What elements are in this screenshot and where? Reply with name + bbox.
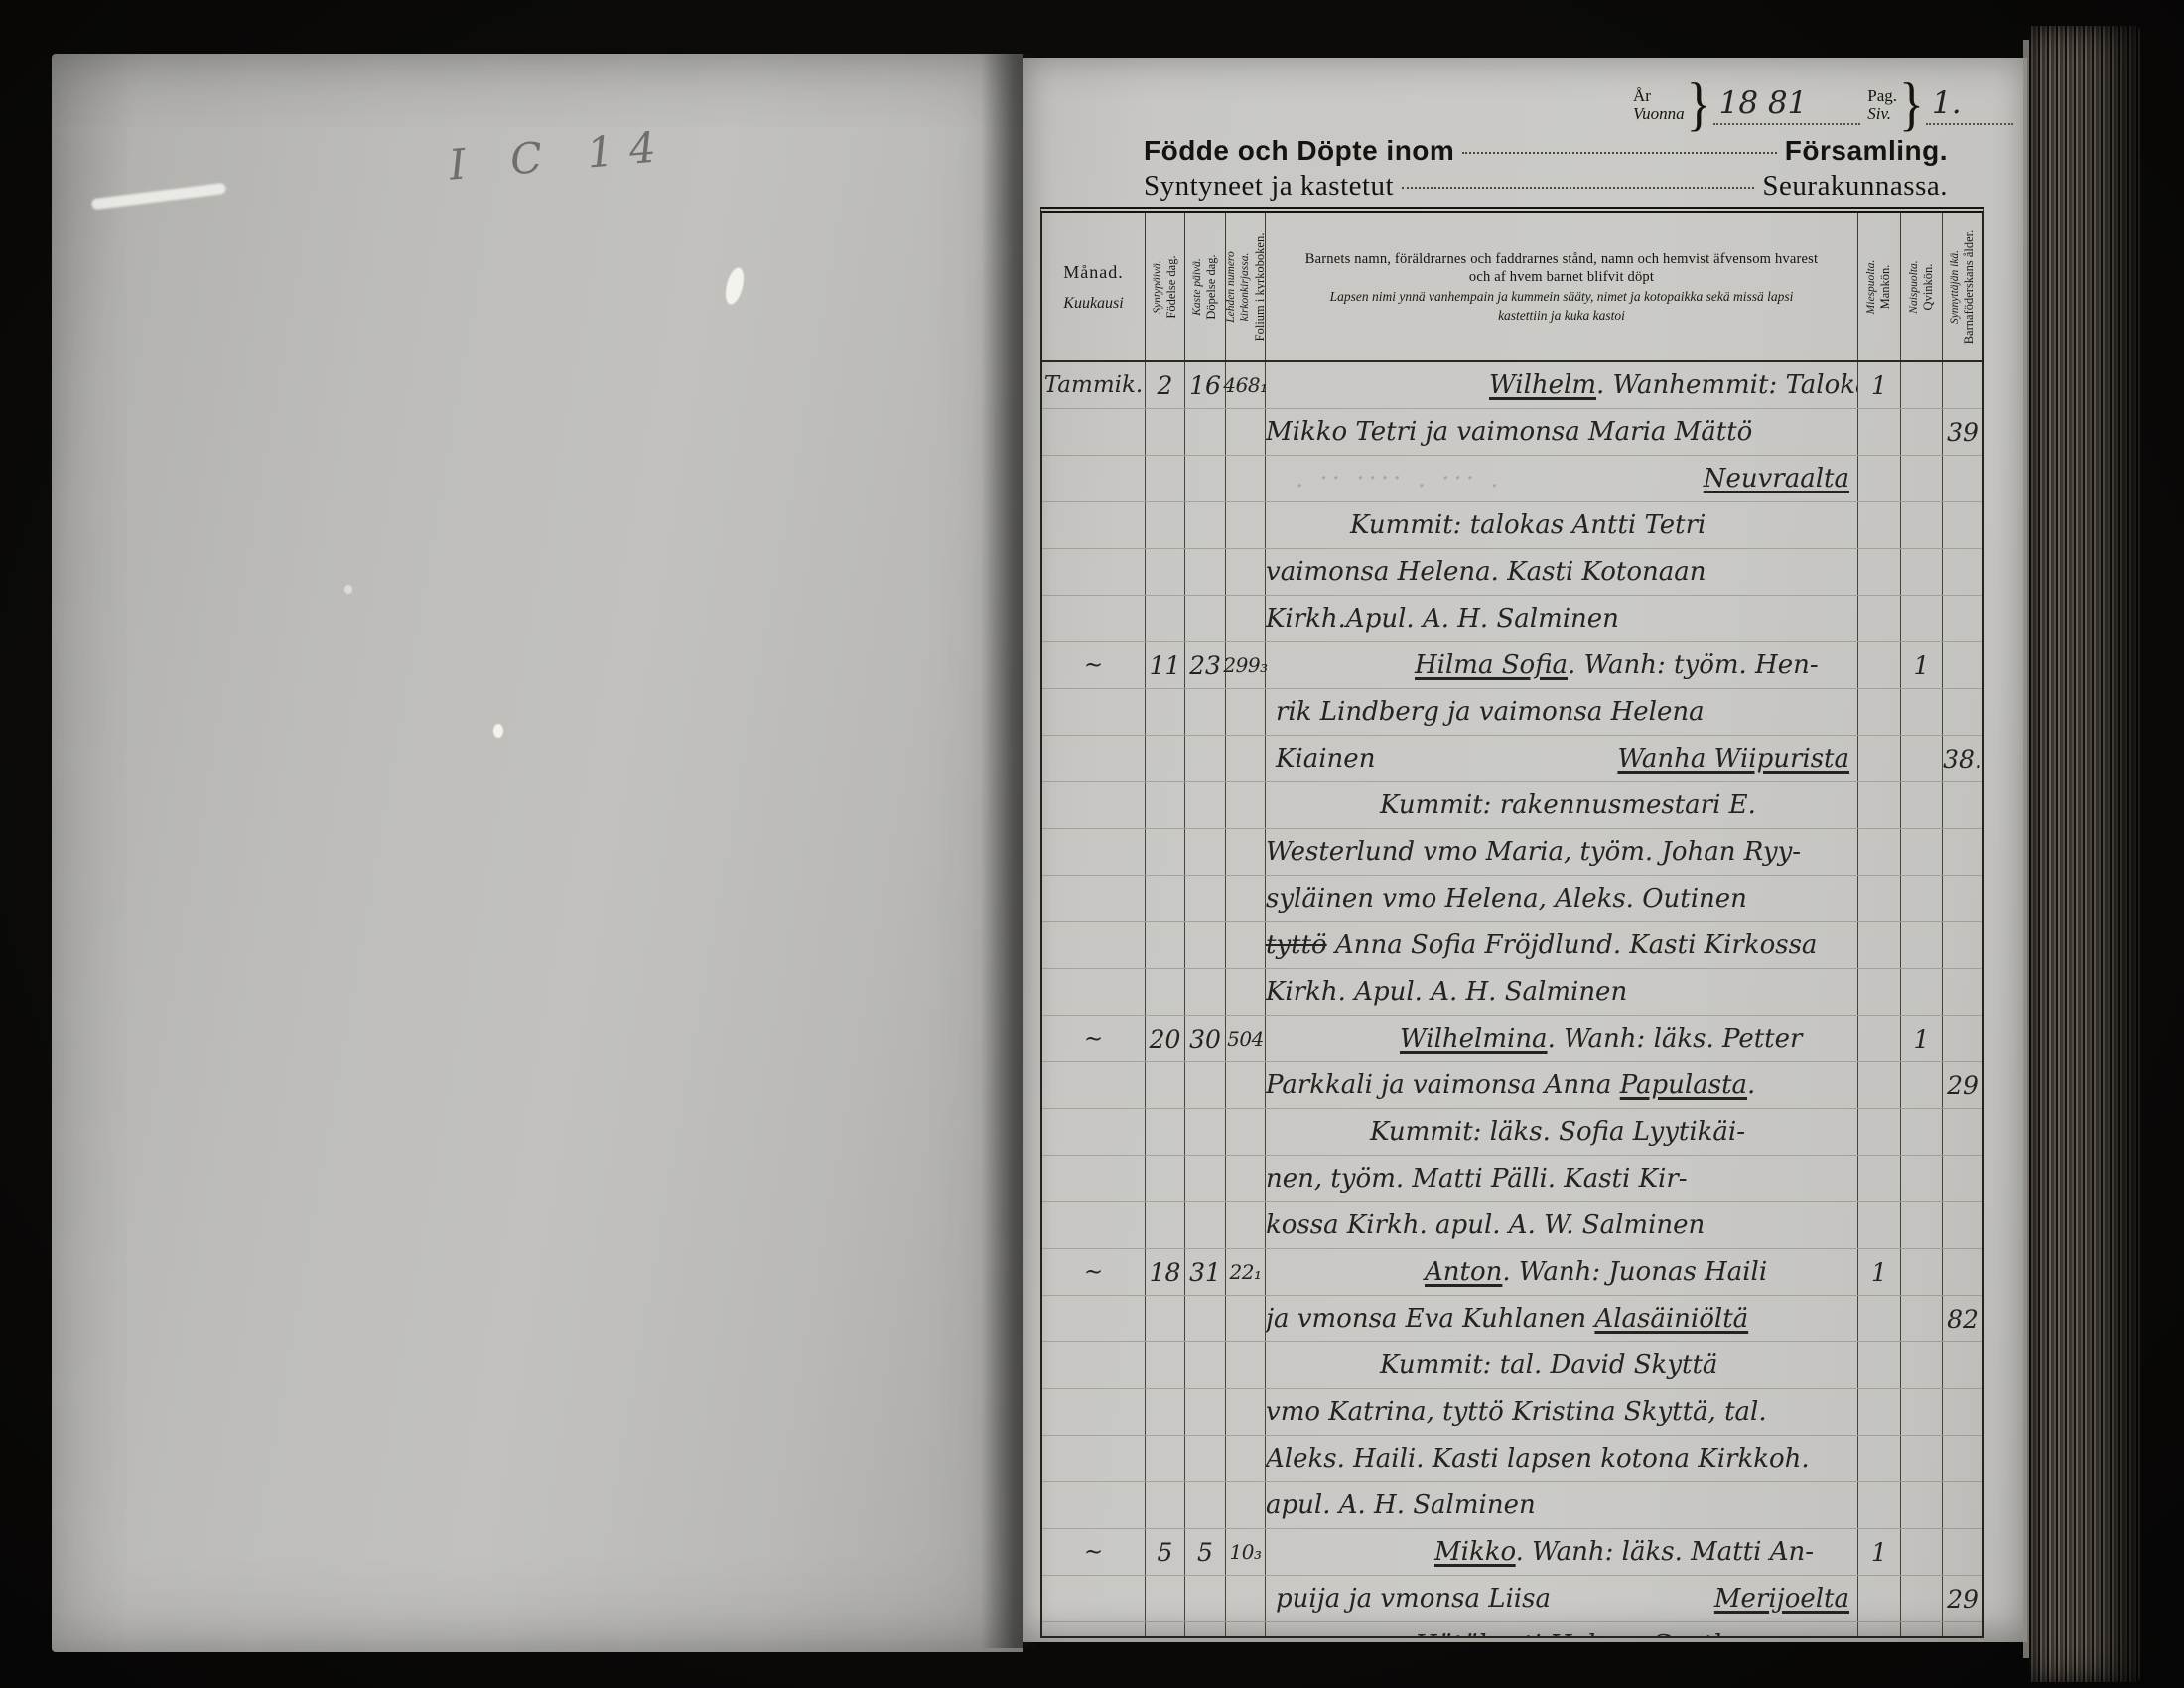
page-number-value: 1. [1926,85,2013,125]
month-cell [1042,409,1146,455]
entry-text: Kummit: talokas Antti Tetri [1266,510,1706,540]
mother-age-cell [1943,782,1982,828]
header-mother-age-sv: Barnaföderskans ålder. [1962,216,1978,357]
table-row: Mikko Tetri ja vaimonsa Maria Mättö39 [1042,409,1982,456]
female-mark-cell [1901,1436,1943,1481]
birth-day-cell [1146,969,1185,1015]
table-row: puija ja vmonsa LiisaMerijoelta29 [1042,1576,1982,1622]
male-mark-cell [1858,876,1901,921]
table-row: nen, työm. Matti Pälli. Kasti Kir- [1042,1156,1982,1202]
entry-text-cell: Kummit: läks. Sofia Lyytikäi- [1266,1109,1858,1155]
entry-text-segment: . Wanh: läks. Petter [1548,1024,1803,1054]
month-cell: ∼ [1042,1529,1146,1575]
entry-text-segment: . [1747,1070,1755,1100]
month-cell [1042,1109,1146,1155]
female-mark-cell [1901,1296,1943,1341]
baptism-day-cell [1185,1342,1226,1388]
month-cell [1042,736,1146,781]
table-header: Månad. Kuukausi Syntypäivä. Födelse dag.… [1042,213,1982,362]
header-female-sv: Qvinkön. [1921,216,1937,357]
birth-day-cell [1146,409,1185,455]
baptism-day-cell [1185,876,1226,921]
entry-text-segment: Parkkali ja vaimonsa Anna [1266,1070,1620,1100]
table-row: vaimonsa Helena. Kasti Kotonaan [1042,549,1982,596]
header-mother-age-fi: Synnyttäjän ikä. [1948,216,1962,357]
birth-day-cell [1146,1062,1185,1108]
birth-day-cell [1146,1436,1185,1481]
mother-age-cell [1943,1109,1982,1155]
entry-text-cell: vmo Katrina, tyttö Kristina Skyttä, tal. [1266,1389,1858,1435]
entry-text: apul. A. H. Salminen [1266,1490,1536,1520]
entry-text-cell: Wilhelm. Wanhemmit: Talokas [1266,362,1858,408]
male-mark-cell: 1 [1858,362,1901,408]
entry-text-segment: . ·· ···· . ··· . [1296,464,1503,493]
table-row: vmo Katrina, tyttö Kristina Skyttä, tal. [1042,1389,1982,1436]
mother-age-cell [1943,1342,1982,1388]
mother-age-cell [1943,1202,1982,1248]
mother-age-cell [1943,1482,1982,1528]
female-mark-cell [1901,549,1943,595]
male-mark-cell [1858,1576,1901,1621]
female-mark-cell [1901,1202,1943,1248]
entry-text-cell: . ·· ···· . ··· .Neuvraalta [1266,456,1858,501]
entry-text-cell: Kummit: tal. David Skyttä [1266,1342,1858,1388]
entry-text-cell: puija ja vmonsa LiisaMerijoelta [1266,1576,1858,1621]
folio-number-cell [1226,1622,1266,1638]
birth-day-cell [1146,549,1185,595]
mother-age-cell [1943,922,1982,968]
birth-day-cell: 18 [1146,1249,1185,1295]
parish-name-blank-line [1462,152,1776,154]
entry-text: syläinen vmo Helena, Aleks. Outinen [1266,884,1747,914]
male-mark-cell [1858,1436,1901,1481]
female-mark-cell [1901,1342,1943,1388]
birth-day-cell [1146,1622,1185,1638]
birth-day-cell [1146,736,1185,781]
year-brace: } [1687,71,1711,139]
entry-text: Wilhelmina. Wanh: läks. Petter [1266,1024,1802,1054]
header-female-fi: Naispuolta. [1907,216,1921,357]
male-mark-cell [1858,1389,1901,1435]
table-body: Tammik.216468₁Wilhelm. Wanhemmit: Taloka… [1042,362,1982,1638]
folio-number-cell [1226,969,1266,1015]
folio-number-cell [1226,1296,1266,1341]
female-mark-cell [1901,689,1943,735]
month-cell [1042,502,1146,548]
table-row: Kummit: läks. Sofia Lyytikäi- [1042,1109,1982,1156]
table-row: ∼1123299₃Hilma Sofia. Wanh: työm. Hen-1 [1042,642,1982,689]
paper-speck [493,724,503,738]
entry-text-segment: Kummit: tal. David Skyttä [1380,1350,1717,1380]
entry-text-cell: Anton. Wanh: Juonas Haili [1266,1249,1858,1295]
header-baptism-day-sv: Döpelse dag. [1204,216,1220,357]
entry-text: kossa Kirkh. apul. A. W. Salminen [1266,1210,1705,1240]
birth-day-cell [1146,596,1185,641]
entry-text-cell: kossa Kirkh. apul. A. W. Salminen [1266,1202,1858,1248]
mother-age-cell: 29 [1943,1576,1982,1621]
table-row: ja vmonsa Eva Kuhlanen Alasäiniöltä82 [1042,1296,1982,1342]
mother-age-cell [1943,876,1982,921]
entry-text-cell: rik Lindberg ja vaimonsa Helena [1266,689,1858,735]
entry-text-segment: tyttö [1266,930,1327,960]
folio-number-cell [1226,736,1266,781]
birth-day-cell [1146,1109,1185,1155]
month-cell [1042,1482,1146,1528]
month-cell [1042,1342,1146,1388]
entry-text: Kirkh.Apul. A. H. Salminen [1266,604,1619,633]
male-mark-cell [1858,1482,1901,1528]
baptism-day-cell: 31 [1185,1249,1226,1295]
entry-text-segment: Kirkh.Apul. A. H. Salminen [1266,604,1619,633]
baptism-day-cell [1185,922,1226,968]
mother-age-cell [1943,689,1982,735]
male-mark-cell [1858,922,1901,968]
entry-text-segment: Papulasta [1620,1070,1747,1100]
year-value: 18 81 [1713,85,1860,125]
closed-pages-stack-edge [2029,26,2140,1682]
baptism-day-cell [1185,1296,1226,1341]
table-row: ∼183122₁Anton. Wanh: Juonas Haili1 [1042,1249,1982,1296]
male-mark-cell [1858,1062,1901,1108]
entry-text-segment: apul. A. H. Salminen [1266,1490,1536,1520]
entry-text: Hätäkasti Helene Gynther [1266,1630,1757,1638]
folio-number-cell: 468₁ [1226,362,1266,408]
title-swedish-right: Församling. [1785,135,1948,167]
header-male-fi: Miespuolta. [1864,216,1878,357]
folio-number-cell [1226,456,1266,501]
mother-age-cell: 39 [1943,409,1982,455]
birth-day-cell [1146,1342,1185,1388]
female-mark-cell [1901,409,1943,455]
month-cell [1042,689,1146,735]
header-month: Månad. Kuukausi [1042,213,1146,360]
entry-text-segment: Kummit: rakennusmestari E. [1380,790,1756,820]
entry-text-segment: vmo Katrina, tyttö Kristina Skyttä, tal. [1266,1397,1767,1427]
birth-day-cell [1146,689,1185,735]
folio-number-cell [1226,1342,1266,1388]
female-mark-cell: 1 [1901,642,1943,688]
female-mark-cell [1901,596,1943,641]
male-mark-cell [1858,782,1901,828]
mother-age-cell [1943,1622,1982,1638]
baptism-day-cell: 5 [1185,1529,1226,1575]
female-mark-cell [1901,1622,1943,1638]
female-mark-cell [1901,362,1943,408]
left-blank-page: I C 14 [52,54,1023,1652]
header-female: Naispuolta. Qvinkön. [1901,213,1943,360]
birth-day-cell [1146,922,1185,968]
female-mark-cell [1901,736,1943,781]
baptism-day-cell [1185,782,1226,828]
paper-speck [344,585,352,594]
entry-text: Mikko. Wanh: läks. Matti An- [1266,1537,1814,1567]
table-row: Kummit: tal. David Skyttä [1042,1342,1982,1389]
mother-age-cell [1943,1249,1982,1295]
entry-text-cell: Aleks. Haili. Kasti lapsen kotona Kirkko… [1266,1436,1858,1481]
entry-text: Kirkh. Apul. A. H. Salminen [1266,977,1627,1007]
entry-text-cell: Hilma Sofia. Wanh: työm. Hen- [1266,642,1858,688]
entry-text-segment: Anna Sofia Fröjdlund. Kasti Kirkossa [1327,930,1818,960]
birth-day-cell [1146,782,1185,828]
entry-text: Kummit: läks. Sofia Lyytikäi- [1266,1117,1745,1147]
entry-text-segment: syläinen vmo Helena, Aleks. Outinen [1266,884,1747,914]
entry-text-segment: Wilhelmina [1400,1024,1548,1054]
month-cell [1042,549,1146,595]
entry-text-segment: Mikko Tetri ja vaimonsa Maria Mättö [1266,417,1752,447]
entry-text: Westerlund vmo Maria, työm. Johan Ryy- [1266,837,1801,867]
entry-text-cell: Kummit: talokas Antti Tetri [1266,502,1858,548]
page-number-group: Pag. Siv. } 1. [1867,75,2013,134]
entry-text-segment: Aleks. Haili. Kasti lapsen kotona Kirkko… [1266,1444,1810,1474]
entry-text: Kummit: tal. David Skyttä [1266,1350,1717,1380]
header-male-sv: Mankön. [1878,216,1894,357]
baptism-day-cell [1185,1062,1226,1108]
female-mark-cell [1901,502,1943,548]
entry-text: Kiainen [1266,744,1375,774]
baptism-day-cell [1185,1389,1226,1435]
female-mark-cell [1901,782,1943,828]
folio-number-cell [1226,1389,1266,1435]
female-mark-cell [1901,1156,1943,1201]
month-cell [1042,1622,1146,1638]
mother-age-cell [1943,1016,1982,1061]
folio-number-cell [1226,922,1266,968]
month-cell: ∼ [1042,1249,1146,1295]
table-row: . ·· ···· . ··· .Neuvraalta [1042,456,1982,502]
parish-name-blank-line [1402,187,1754,189]
entry-place-text: Merijoelta [1714,1584,1849,1614]
year-label: År Vuonna [1633,87,1685,123]
male-mark-cell [1858,409,1901,455]
header-birth-day: Syntypäivä. Födelse dag. [1146,213,1185,360]
birth-day-cell: 5 [1146,1529,1185,1575]
table-row: Hätäkasti Helene Gynther [1042,1622,1982,1638]
entry-place-text: Neuvraalta [1704,464,1849,493]
birth-day-cell [1146,1389,1185,1435]
header-folio-fi: Lehden numero kirkonkirjassa. [1226,216,1252,357]
table-row: KiainenWanha Wiipurista38. [1042,736,1982,782]
entry-text-segment: Hätäkasti Helene Gynther [1415,1630,1757,1638]
entry-text-cell: Mikko Tetri ja vaimonsa Maria Mättö [1266,409,1858,455]
male-mark-cell: 1 [1858,1529,1901,1575]
folio-number-cell: 22₁ [1226,1249,1266,1295]
header-entry-fi-2: kastettiin ja kuka kastoi [1498,308,1625,324]
month-cell [1042,1576,1146,1621]
female-mark-cell [1901,1482,1943,1528]
folio-number-cell [1226,409,1266,455]
baptism-day-cell: 23 [1185,642,1226,688]
female-mark-cell [1901,969,1943,1015]
male-mark-cell: 1 [1858,1249,1901,1295]
female-mark-cell [1901,1109,1943,1155]
mother-age-cell: 38. [1943,736,1982,781]
header-month-sv: Månad. [1063,262,1123,283]
baptism-day-cell [1185,549,1226,595]
title-finnish-right: Seurakunnassa. [1762,170,1948,203]
title-finnish: Syntyneet ja kastetut [1144,170,1394,203]
entry-text-segment: Wanha Wiipurista [1617,744,1849,774]
entry-text-cell: Kummit: rakennusmestari E. [1266,782,1858,828]
entry-text-cell: tyttö Anna Sofia Fröjdlund. Kasti Kirkos… [1266,922,1858,968]
entry-text: Aleks. Haili. Kasti lapsen kotona Kirkko… [1266,1444,1810,1474]
male-mark-cell [1858,596,1901,641]
entry-text-cell: apul. A. H. Salminen [1266,1482,1858,1528]
entry-text-cell: Kirkh.Apul. A. H. Salminen [1266,596,1858,641]
entry-text-segment: Kiainen [1276,744,1375,774]
male-mark-cell [1858,829,1901,875]
birth-day-cell: 11 [1146,642,1185,688]
header-folio-sv: Folium i kyrkoboken. [1252,216,1266,357]
entry-text-cell: Westerlund vmo Maria, työm. Johan Ryy- [1266,829,1858,875]
entry-text-segment: Neuvraalta [1704,464,1849,493]
page-label: Pag. Siv. [1867,87,1897,123]
year-label-sv: År [1633,87,1685,105]
month-cell [1042,1436,1146,1481]
folio-number-cell [1226,1062,1266,1108]
month-cell: Tammik. [1042,362,1146,408]
table-row: Kirkh.Apul. A. H. Salminen [1042,596,1982,642]
birth-day-cell [1146,456,1185,501]
folio-number-cell: 504 [1226,1016,1266,1061]
entry-text-segment: Kirkh. Apul. A. H. Salminen [1266,977,1627,1007]
female-mark-cell [1901,829,1943,875]
mother-age-cell [1943,362,1982,408]
baptism-day-cell: 16 [1185,362,1226,408]
female-mark-cell [1901,456,1943,501]
paper-speck [723,266,748,307]
male-mark-cell [1858,736,1901,781]
entry-text-segment: Merijoelta [1714,1584,1849,1614]
entry-text-segment: Wilhelm [1489,370,1596,400]
table-row: tyttö Anna Sofia Fröjdlund. Kasti Kirkos… [1042,922,1982,969]
title-line-finnish: Syntyneet ja kastetut Seurakunnassa. [1144,170,2007,205]
month-cell [1042,1202,1146,1248]
folio-number-cell [1226,829,1266,875]
mother-age-cell [1943,502,1982,548]
baptism-day-cell [1185,1109,1226,1155]
header-male: Miespuolta. Mankön. [1858,213,1901,360]
folio-number-cell [1226,1156,1266,1201]
entry-text: Hilma Sofia. Wanh: työm. Hen- [1266,650,1819,680]
entry-text-cell: KiainenWanha Wiipurista [1266,736,1858,781]
female-mark-cell [1901,1576,1943,1621]
female-mark-cell: 1 [1901,1016,1943,1061]
baptism-day-cell [1185,1576,1226,1621]
baptism-day-cell [1185,456,1226,501]
entry-text-cell: Wilhelmina. Wanh: läks. Petter [1266,1016,1858,1061]
mother-age-cell [1943,1389,1982,1435]
table-row: rik Lindberg ja vaimonsa Helena [1042,689,1982,736]
table-row: kossa Kirkh. apul. A. W. Salminen [1042,1202,1982,1249]
baptism-day-cell [1185,1622,1226,1638]
birth-day-cell: 20 [1146,1016,1185,1061]
entry-text: Parkkali ja vaimonsa Anna Papulasta. [1266,1070,1755,1100]
entry-text: ja vmonsa Eva Kuhlanen Alasäiniöltä [1266,1304,1748,1334]
form-title-block: Födde och Döpte inom Församling. Syntyne… [1144,135,2007,205]
entry-text-cell: Hätäkasti Helene Gynther [1266,1622,1858,1638]
table-row: Kummit: rakennusmestari E. [1042,782,1982,829]
baptism-day-cell [1185,502,1226,548]
entry-text: Mikko Tetri ja vaimonsa Maria Mättö [1266,417,1752,447]
title-swedish: Födde och Döpte inom [1144,135,1454,167]
baptism-day-cell [1185,596,1226,641]
table-row: Kummit: talokas Antti Tetri [1042,502,1982,549]
header-entry-sv-1: Barnets namn, föräldrarnes och faddrarne… [1305,251,1819,268]
folio-number-cell [1226,1576,1266,1621]
birth-day-cell [1146,502,1185,548]
male-mark-cell [1858,1622,1901,1638]
entry-text-cell: ja vmonsa Eva Kuhlanen Alasäiniöltä [1266,1296,1858,1341]
archival-pencil-note: I C 14 [447,121,673,189]
month-cell [1042,1156,1146,1201]
male-mark-cell [1858,969,1901,1015]
baptism-day-cell [1185,409,1226,455]
header-birth-day-sv: Födelse dag. [1164,216,1180,357]
title-line-swedish: Födde och Döpte inom Församling. [1144,135,2007,170]
header-baptism-day-fi: Kaste päivä. [1190,216,1204,357]
month-cell: ∼ [1042,642,1146,688]
header-entry-sv-2: och af hvem barnet blifvit döpt [1469,269,1654,286]
birth-day-cell [1146,1576,1185,1621]
baptism-day-cell [1185,1156,1226,1201]
entry-text-segment: kossa Kirkh. apul. A. W. Salminen [1266,1210,1705,1240]
baptism-day-cell [1185,1436,1226,1481]
folio-number-cell: 299₃ [1226,642,1266,688]
mother-age-cell [1943,1436,1982,1481]
header-month-fi: Kuukausi [1063,295,1123,313]
baptism-day-cell: 30 [1185,1016,1226,1061]
entry-text: puija ja vmonsa Liisa [1266,1584,1551,1614]
male-mark-cell [1858,689,1901,735]
entry-text-cell: vaimonsa Helena. Kasti Kotonaan [1266,549,1858,595]
female-mark-cell [1901,1062,1943,1108]
entry-text-segment: . Wanh: työm. Hen- [1568,650,1819,680]
table-row: Parkkali ja vaimonsa Anna Papulasta.29 [1042,1062,1982,1109]
folio-number-cell [1226,596,1266,641]
month-cell [1042,876,1146,921]
entry-text-segment: Kummit: talokas Antti Tetri [1350,510,1706,540]
month-cell [1042,969,1146,1015]
mother-age-cell [1943,549,1982,595]
mother-age-cell [1943,1529,1982,1575]
folio-number-cell [1226,689,1266,735]
folio-number-cell [1226,549,1266,595]
table-row: syläinen vmo Helena, Aleks. Outinen [1042,876,1982,922]
female-mark-cell [1901,922,1943,968]
entry-text: tyttö Anna Sofia Fröjdlund. Kasti Kirkos… [1266,930,1817,960]
baptism-day-cell [1185,1482,1226,1528]
mother-age-cell [1943,969,1982,1015]
folio-number-cell [1226,1436,1266,1481]
entry-text-segment: . Wanh: läks. Matti An- [1516,1537,1814,1567]
birth-day-cell [1146,1156,1185,1201]
mother-age-cell: 82 [1943,1296,1982,1341]
page-label-fi: Siv. [1867,105,1897,123]
entry-text-segment: nen, työm. Matti Pälli. Kasti Kir- [1266,1164,1688,1194]
month-cell [1042,782,1146,828]
baptism-day-cell [1185,829,1226,875]
birth-day-cell: 2 [1146,362,1185,408]
folio-number-cell: 10₃ [1226,1529,1266,1575]
entry-text-cell: nen, työm. Matti Pälli. Kasti Kir- [1266,1156,1858,1201]
female-mark-cell [1901,876,1943,921]
female-mark-cell [1901,1249,1943,1295]
table-row: apul. A. H. Salminen [1042,1482,1982,1529]
month-cell [1042,596,1146,641]
male-mark-cell [1858,642,1901,688]
folio-number-cell [1226,1202,1266,1248]
baptism-day-cell [1185,736,1226,781]
